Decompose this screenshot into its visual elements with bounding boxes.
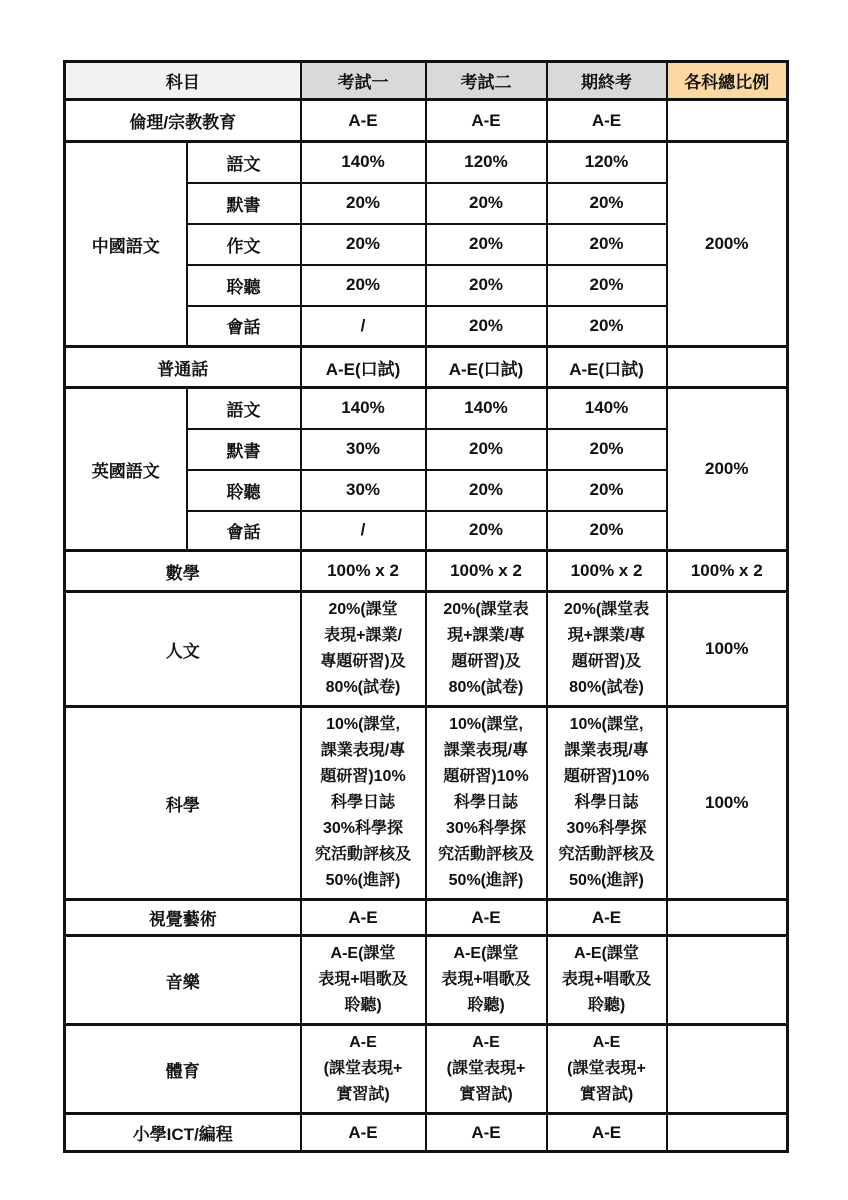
total-cell: [667, 1114, 788, 1152]
score-cell: 20%: [426, 183, 547, 224]
subject-cell: 倫理/宗教教育: [65, 100, 301, 142]
score-cell: 20%(課堂 表現+課業/ 專題研習)及 80%(試卷): [301, 592, 426, 707]
score-cell: A-E (課堂表現+ 實習試): [426, 1025, 547, 1114]
subject-cell: 科學: [65, 707, 301, 900]
row-ict-coding: 小學ICT/編程 A-E A-E A-E: [65, 1114, 788, 1152]
score-cell: 140%: [301, 388, 426, 429]
score-cell: 30%: [301, 470, 426, 511]
score-cell: A-E (課堂表現+ 實習試): [301, 1025, 426, 1114]
score-cell: 20%: [547, 511, 667, 551]
score-cell: A-E(課堂 表現+唱歌及 聆聽): [426, 936, 547, 1025]
score-cell: 20%: [547, 470, 667, 511]
total-cell: [667, 347, 788, 388]
total-cell: [667, 1025, 788, 1114]
header-subject: 科目: [65, 62, 301, 100]
score-cell: 10%(課堂, 課業表現/專 題研習)10% 科學日誌 30%科學探 究活動評核…: [301, 707, 426, 900]
total-cell: [667, 900, 788, 936]
score-cell: 140%: [301, 142, 426, 183]
score-cell: A-E(口試): [426, 347, 547, 388]
score-cell: 100% x 2: [547, 551, 667, 592]
score-cell: 120%: [426, 142, 547, 183]
subskill-cell: 聆聽: [187, 265, 301, 306]
subskill-cell: 會話: [187, 306, 301, 347]
score-cell: 20%: [301, 224, 426, 265]
score-cell: 20%: [547, 224, 667, 265]
score-cell: A-E (課堂表現+ 實習試): [547, 1025, 667, 1114]
score-cell: 100% x 2: [301, 551, 426, 592]
score-cell: 20%: [426, 470, 547, 511]
score-cell: 20%: [426, 511, 547, 551]
row-humanities: 人文 20%(課堂 表現+課業/ 專題研習)及 80%(試卷) 20%(課堂表 …: [65, 592, 788, 707]
score-cell: A-E: [426, 900, 547, 936]
score-cell: A-E: [301, 100, 426, 142]
header-exam-2: 考試二: [426, 62, 547, 100]
header-row: 科目 考試一 考試二 期終考 各科總比例: [65, 62, 788, 100]
total-cell: 200%: [667, 142, 788, 347]
score-cell: 20%(課堂表 現+課業/專 題研習)及 80%(試卷): [547, 592, 667, 707]
score-cell: A-E: [547, 1114, 667, 1152]
subject-cell: 視覺藝術: [65, 900, 301, 936]
score-cell: /: [301, 306, 426, 347]
subject-cell: 體育: [65, 1025, 301, 1114]
score-cell: 20%: [547, 265, 667, 306]
score-cell: 20%(課堂表 現+課業/專 題研習)及 80%(試卷): [426, 592, 547, 707]
score-cell: 20%: [426, 306, 547, 347]
score-cell: A-E: [301, 900, 426, 936]
header-total-ratio: 各科總比例: [667, 62, 788, 100]
score-cell: 100% x 2: [426, 551, 547, 592]
row-english-yuwen: 英國語文 語文 140% 140% 140% 200%: [65, 388, 788, 429]
score-cell: 10%(課堂, 課業表現/專 題研習)10% 科學日誌 30%科學探 究活動評核…: [547, 707, 667, 900]
row-physical-education: 體育 A-E (課堂表現+ 實習試) A-E (課堂表現+ 實習試) A-E (…: [65, 1025, 788, 1114]
subskill-cell: 作文: [187, 224, 301, 265]
score-cell: A-E: [547, 900, 667, 936]
row-math: 數學 100% x 2 100% x 2 100% x 2 100% x 2: [65, 551, 788, 592]
score-cell: A-E(口試): [547, 347, 667, 388]
subskill-cell: 默書: [187, 183, 301, 224]
score-cell: 30%: [301, 429, 426, 470]
subject-cell: 音樂: [65, 936, 301, 1025]
total-cell: [667, 936, 788, 1025]
subject-cell: 普通話: [65, 347, 301, 388]
score-cell: 20%: [426, 429, 547, 470]
score-cell: 20%: [547, 306, 667, 347]
score-cell: A-E(課堂 表現+唱歌及 聆聽): [547, 936, 667, 1025]
score-cell: 20%: [426, 224, 547, 265]
subskill-cell: 語文: [187, 388, 301, 429]
score-cell: /: [301, 511, 426, 551]
total-cell: 200%: [667, 388, 788, 551]
page-content: 科目 考試一 考試二 期終考 各科總比例 倫理/宗教教育 A-E A-E A-E…: [63, 60, 789, 1153]
score-cell: 10%(課堂, 課業表現/專 題研習)10% 科學日誌 30%科學探 究活動評核…: [426, 707, 547, 900]
subskill-cell: 默書: [187, 429, 301, 470]
score-cell: A-E: [547, 100, 667, 142]
score-cell: A-E(口試): [301, 347, 426, 388]
header-final-exam: 期終考: [547, 62, 667, 100]
row-science: 科學 10%(課堂, 課業表現/專 題研習)10% 科學日誌 30%科學探 究活…: [65, 707, 788, 900]
assessment-table: 科目 考試一 考試二 期終考 各科總比例 倫理/宗教教育 A-E A-E A-E…: [63, 60, 789, 1153]
score-cell: A-E(課堂 表現+唱歌及 聆聽): [301, 936, 426, 1025]
score-cell: 140%: [426, 388, 547, 429]
subject-cell: 小學ICT/編程: [65, 1114, 301, 1152]
header-exam-1: 考試一: [301, 62, 426, 100]
score-cell: A-E: [301, 1114, 426, 1152]
score-cell: 20%: [547, 183, 667, 224]
total-cell: 100% x 2: [667, 551, 788, 592]
subject-cell: 英國語文: [65, 388, 187, 551]
score-cell: A-E: [426, 1114, 547, 1152]
subject-cell: 人文: [65, 592, 301, 707]
total-cell: 100%: [667, 592, 788, 707]
row-visual-arts: 視覺藝術 A-E A-E A-E: [65, 900, 788, 936]
score-cell: 20%: [301, 265, 426, 306]
total-cell: 100%: [667, 707, 788, 900]
subject-cell: 中國語文: [65, 142, 187, 347]
subskill-cell: 會話: [187, 511, 301, 551]
score-cell: A-E: [426, 100, 547, 142]
row-chinese-yuwen: 中國語文 語文 140% 120% 120% 200%: [65, 142, 788, 183]
row-putonghua: 普通話 A-E(口試) A-E(口試) A-E(口試): [65, 347, 788, 388]
subject-cell: 數學: [65, 551, 301, 592]
score-cell: 140%: [547, 388, 667, 429]
total-cell: [667, 100, 788, 142]
score-cell: 20%: [301, 183, 426, 224]
subskill-cell: 語文: [187, 142, 301, 183]
score-cell: 120%: [547, 142, 667, 183]
row-ethics: 倫理/宗教教育 A-E A-E A-E: [65, 100, 788, 142]
score-cell: 20%: [547, 429, 667, 470]
subskill-cell: 聆聽: [187, 470, 301, 511]
score-cell: 20%: [426, 265, 547, 306]
row-music: 音樂 A-E(課堂 表現+唱歌及 聆聽) A-E(課堂 表現+唱歌及 聆聽) A…: [65, 936, 788, 1025]
